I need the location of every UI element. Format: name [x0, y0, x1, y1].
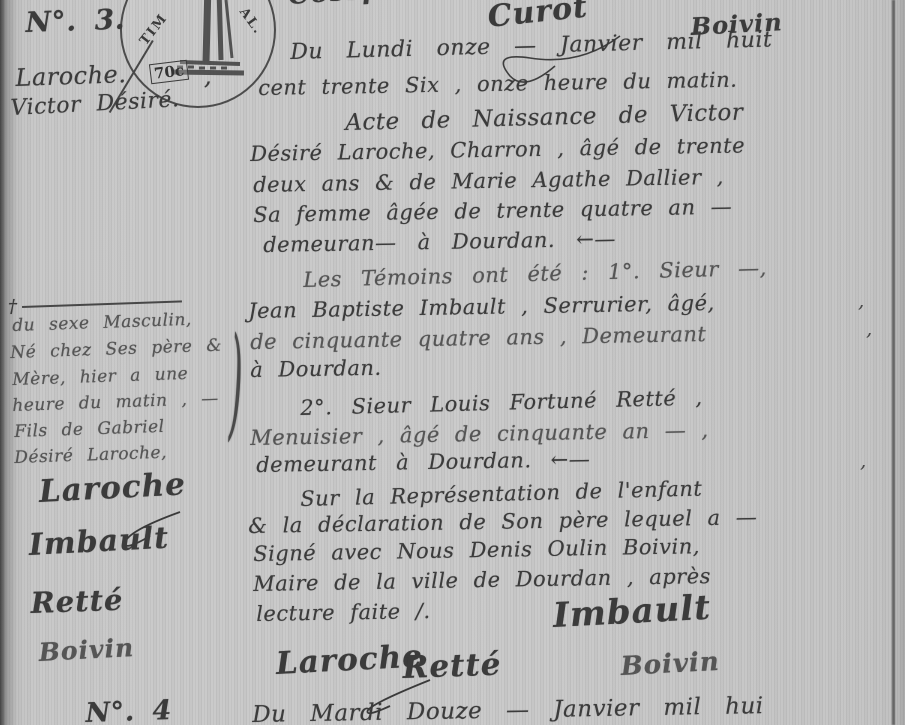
act-text-line: demeurant à Dourdan. ←—: [256, 447, 590, 477]
margin-signature: Boivin: [38, 633, 135, 667]
margin-note-line: Né chez Ses père &: [10, 336, 222, 363]
page-right-rule: [892, 0, 895, 725]
act-signature: Boivin: [620, 647, 721, 682]
margin-note-line: Désiré Laroche,: [14, 443, 167, 468]
act-text-line: Désiré Laroche, Charron , âgé de trente: [250, 133, 745, 166]
act-signature: Retté: [402, 647, 502, 686]
act-text-line: Signé avec Nous Denis Oulin Boivin,: [253, 534, 700, 566]
margin-signature: Retté: [30, 583, 124, 620]
registered-name-surname: Laroche.: [15, 60, 127, 92]
margin-signature: Imbault: [28, 521, 170, 563]
act-signature-imbault: Imbault: [552, 588, 712, 636]
margin-note-cross-mark: †: [8, 296, 18, 317]
record-number: N°. 3.: [25, 3, 125, 39]
act-text-line: Sa femme âgée de trente quatre an —: [253, 195, 732, 227]
act-text-line: deux ans & de Marie Agathe Dallier ,: [253, 165, 724, 197]
act-text-line: cent trente Six , onze heure du matin.: [258, 68, 738, 100]
ink-mark: ,: [860, 448, 866, 472]
act-text-line: à Dourdan.: [250, 356, 382, 382]
act-text-line: demeuran— à Dourdan. ←—: [263, 227, 616, 257]
act-text-line: de cinquante quatre ans , Demeurant: [250, 322, 707, 354]
margin-note-rule: [22, 300, 182, 307]
previous-act-signature: Cossput: [287, 0, 417, 11]
act-text-line: Acte de Naissance de Victor: [345, 100, 744, 136]
act-text-line: Menuisier , âgé de cinquante an — ,: [250, 418, 709, 450]
margin-bracket-mark: ,: [204, 62, 212, 90]
registered-name-given: Victor Désiré.: [10, 87, 180, 121]
act-text-line: Jean Baptiste Imbault , Serrurier, âgé,: [248, 291, 715, 323]
margin-note-line: heure du matin , —: [12, 389, 219, 416]
margin-note-brace: ): [229, 312, 244, 458]
ink-mark: ,: [858, 288, 864, 312]
act-text-line: Sur la Représentation de l'enfant: [300, 476, 703, 511]
margin-note-line: Mère, hier a une: [12, 364, 189, 390]
act-text-line: 2°. Sieur Louis Fortuné Retté ,: [300, 385, 703, 420]
next-record-number: N°. 4: [85, 695, 172, 725]
register-page: TIM AL. 70c Cossput Curot Boivin N°. 3. …: [0, 0, 905, 725]
act-text-line: Les Témoins ont été : 1°. Sieur —,: [303, 256, 767, 292]
margin-note-line: Fils de Gabriel: [14, 417, 165, 442]
act-text-line: lecture faite /.: [256, 599, 431, 626]
next-act-first-line: Du Mardi Douze — Janvier mil hui: [252, 693, 764, 725]
ink-mark: ,: [866, 316, 872, 340]
page-gutter-shadow: [0, 0, 6, 725]
margin-signature: Laroche: [38, 466, 187, 510]
margin-note-line: du sexe Masculin,: [12, 310, 192, 336]
